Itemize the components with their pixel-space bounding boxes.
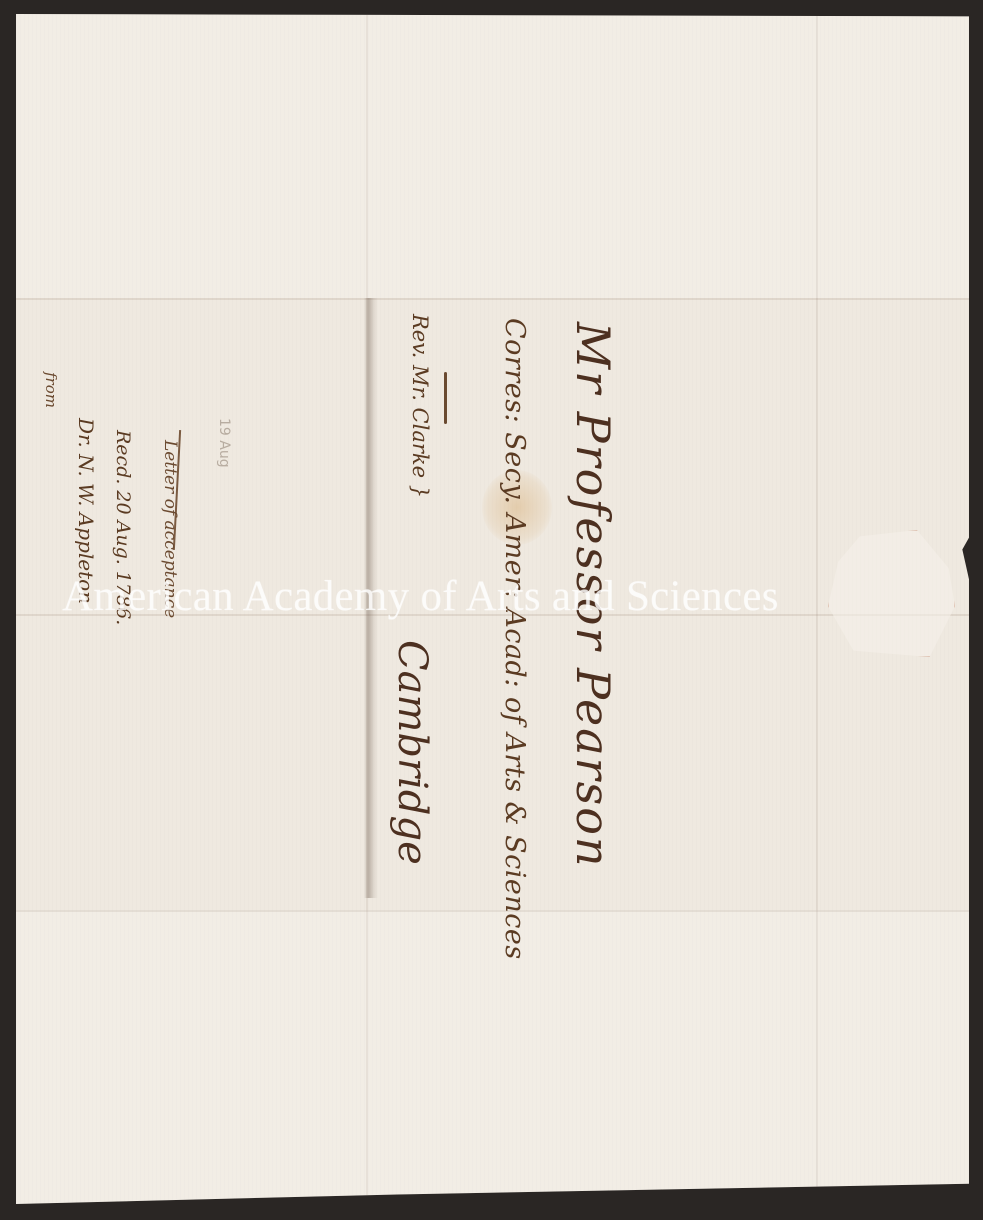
bottom-panel bbox=[16, 910, 969, 1204]
docket-from: from bbox=[42, 372, 60, 408]
watermark: American Academy of Arts and Sciences bbox=[62, 572, 779, 621]
pencil-note: 19 Aug bbox=[216, 418, 232, 468]
top-panel bbox=[16, 14, 969, 298]
address-carrier: Rev. Mr. Clarke } bbox=[408, 314, 432, 498]
address-title: Corres: Secy. Amer: Acad: of Arts & Scie… bbox=[499, 318, 530, 960]
address-city: Cambridge bbox=[389, 640, 435, 865]
flourish-dash bbox=[444, 372, 447, 424]
fold-line bbox=[16, 298, 969, 300]
